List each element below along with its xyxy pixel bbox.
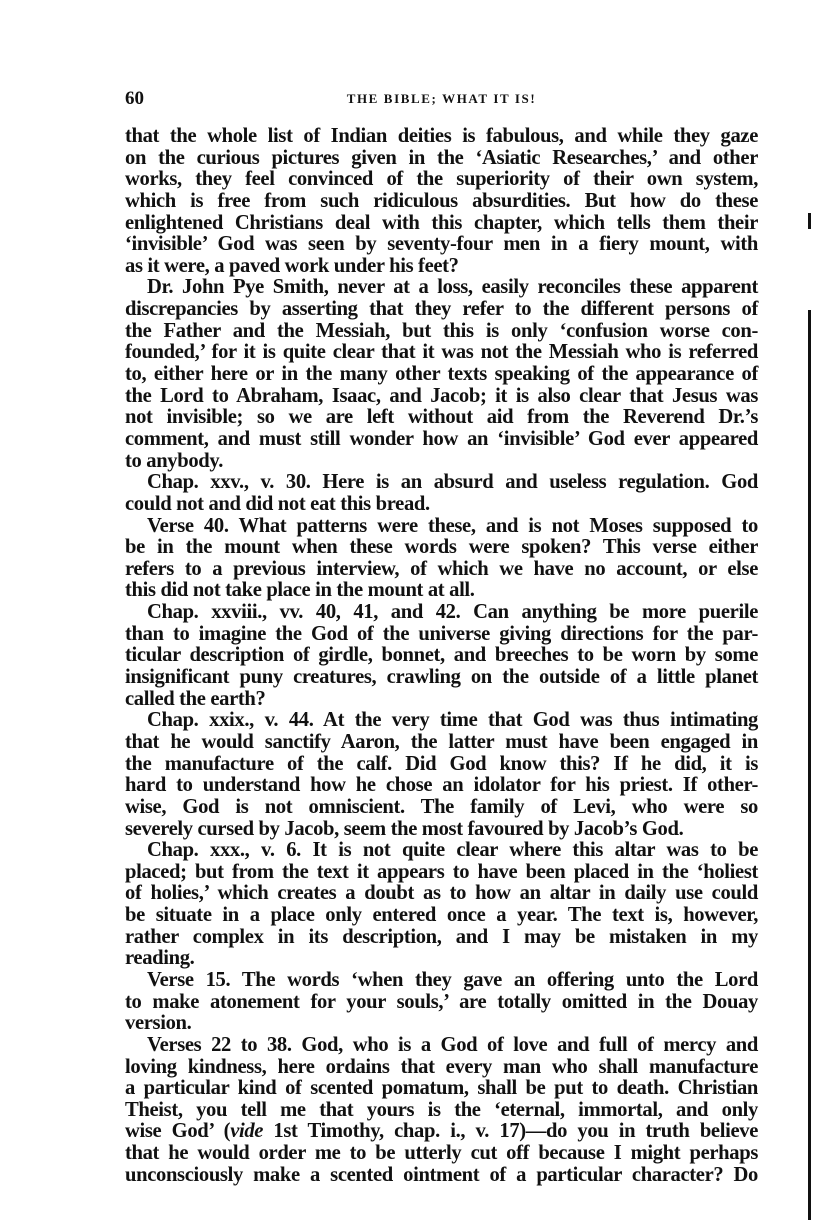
page-edge-line <box>808 213 811 229</box>
text-line: which is free from such ridiculous absur… <box>125 191 758 213</box>
text-line: Chap. xxv., v. 30. Here is an absurd and… <box>125 472 758 494</box>
text-line: refers to a previous interview, of which… <box>125 559 758 581</box>
running-title: THE BIBLE; WHAT IT IS! <box>125 91 758 107</box>
text-line: wise, God is not omniscient. The family … <box>125 797 758 819</box>
text-line: Dr. John Pye Smith, never at a loss, eas… <box>125 277 758 299</box>
body-text: that the whole list of Indian deities is… <box>125 126 758 1186</box>
text-line: called the earth? <box>125 689 758 711</box>
text-line: that he would order me to be utterly cut… <box>125 1143 758 1165</box>
text-line: Chap. xxx., v. 6. It is not quite clear … <box>125 840 758 862</box>
text-line: of holies,’ which creates a doubt as to … <box>125 883 758 905</box>
text-line: rather complex in its description, and I… <box>125 927 758 949</box>
text-line: loving kindness, here ordains that every… <box>125 1057 758 1079</box>
text-line: be in the mount when these words were sp… <box>125 537 758 559</box>
text-line: discrepancies by asserting that they ref… <box>125 299 758 321</box>
text-line: version. <box>125 1013 758 1035</box>
text-line: as it were, a paved work under his feet? <box>125 256 758 278</box>
text-line: hard to understand how he chose an idola… <box>125 775 758 797</box>
text-line: the Father and the Messiah, but this is … <box>125 321 758 343</box>
text-line: Chap. xxviii., vv. 40, 41, and 42. Can a… <box>125 602 758 624</box>
italic-term: vide <box>230 1120 263 1142</box>
text-line: founded,’ for it is quite clear that it … <box>125 342 758 364</box>
text-line: than to imagine the God of the universe … <box>125 624 758 646</box>
text-line: placed; but from the text it appears to … <box>125 862 758 884</box>
text-line: Theist, you tell me that yours is the ‘e… <box>125 1100 758 1122</box>
running-head: 60 THE BIBLE; WHAT IT IS! <box>125 88 758 112</box>
text-line: ‘invisible’ God was seen by seventy-four… <box>125 234 758 256</box>
text-line: Verses 22 to 38. God, who is a God of lo… <box>125 1035 758 1057</box>
text-line: Verse 40. What patterns were these, and … <box>125 516 758 538</box>
text-line: wise God’ (vide 1st Timothy, chap. i., v… <box>125 1121 758 1143</box>
text-line: to, either here or in the many other tex… <box>125 364 758 386</box>
text-line: to anybody. <box>125 451 758 473</box>
text-line: not invisible; so we are left without ai… <box>125 407 758 429</box>
text-line: the Lord to Abraham, Isaac, and Jacob; i… <box>125 386 758 408</box>
text-line: severely cursed by Jacob, seem the most … <box>125 819 758 841</box>
text-line: to make atonement for your souls,’ are t… <box>125 992 758 1014</box>
text-line: works, they feel convinced of the superi… <box>125 169 758 191</box>
text-line: insignificant puny creatures, crawling o… <box>125 667 758 689</box>
text-line: ticular description of girdle, bonnet, a… <box>125 645 758 667</box>
text-line: that he would sanctify Aaron, the latter… <box>125 732 758 754</box>
text-line: Verse 15. The words ‘when they gave an o… <box>125 970 758 992</box>
text-line: Chap. xxix., v. 44. At the very time tha… <box>125 710 758 732</box>
text-line: reading. <box>125 948 758 970</box>
text-line: could not and did not eat this bread. <box>125 494 758 516</box>
text-line: the manufacture of the calf. Did God kno… <box>125 754 758 776</box>
text-line: a particular kind of scented pomatum, sh… <box>125 1078 758 1100</box>
text-line: that the whole list of Indian deities is… <box>125 126 758 148</box>
text-line: on the curious pictures given in the ‘As… <box>125 148 758 170</box>
text-line: be situate in a place only entered once … <box>125 905 758 927</box>
book-page: 60 THE BIBLE; WHAT IT IS! that the whole… <box>0 0 838 1220</box>
text-line: this did not take place in the mount at … <box>125 580 758 602</box>
text-line: enlightened Christians deal with this ch… <box>125 213 758 235</box>
page-edge-line <box>808 310 811 1220</box>
text-line: unconsciously make a scented ointment of… <box>125 1165 758 1187</box>
text-line: comment, and must still wonder how an ‘i… <box>125 429 758 451</box>
